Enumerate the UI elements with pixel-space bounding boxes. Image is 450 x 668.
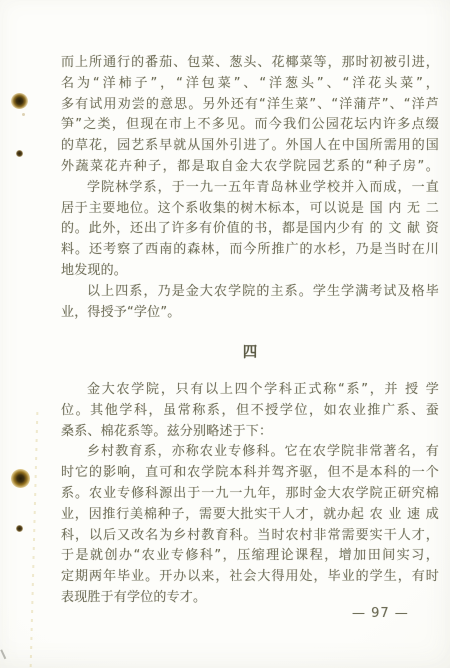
ink-stain-small-bottom	[16, 525, 23, 532]
paragraph-end-line: 桑系、棉花系等。兹分别略述于下：	[61, 422, 439, 443]
paragraph-end-line: 地发现的。	[61, 261, 439, 282]
paragraph-end-line: 业，得授予“学位”。	[61, 303, 439, 324]
text-column-lower: 金大农学院，只有以上四个学科正式称“系”，并 授 学 位。其他学科，虽常称系，但…	[61, 380, 439, 609]
text-line: 业，因推行美棉种子，需要大批实干人才，就办起 农 业 速 成	[61, 505, 439, 526]
book-page: 而上所通行的番茄、包菜、葱头、花椰菜等，那时初被引进， 名为“洋柿子”，“洋包菜…	[0, 0, 450, 668]
text-line: 的草花，园艺系早就从国外引进了。外国人在中国所需用的国	[61, 136, 439, 157]
ink-stain-small-top	[16, 150, 23, 157]
text-line: 时它的影响，直可和农学院本科并驾齐驱，但不是本科的一个	[61, 463, 439, 484]
text-line: 的。此外，还出了许多有价值的书，都是国内少有 的 文 献 资	[61, 219, 439, 240]
paper-speck	[22, 113, 25, 116]
text-line: 名为“洋柿子”，“洋包菜”、“洋葱头”、“洋花头菜”，	[61, 74, 439, 95]
ink-stain-large-bottom	[11, 469, 30, 488]
text-line: 笋”之类，但现在市上不多见。而今我们公园花坛内许多点缀	[61, 115, 439, 136]
section-heading: 四	[61, 341, 439, 362]
paragraph-start-line: 乡村教育系，亦称农业专修科。它在农学院非常著名，有	[61, 442, 439, 463]
text-line: 料。还考察了西南的森林，而今所推广的水杉，乃是当时在川	[61, 240, 439, 261]
text-line: 外蔬菜花卉种子，都是取自金大农学院园艺系的“种子房”。	[61, 157, 439, 178]
text-line: 多有试用劝尝的意思。另外还有“洋生菜”、“洋蒲芹”、“洋芦	[61, 95, 439, 116]
corner-mark	[0, 647, 11, 659]
text-line: 居于主要地位。这个系收集的树木标本，可以说是 国 内 无 二	[61, 199, 439, 220]
text-line: 而上所通行的番茄、包菜、葱头、花椰菜等，那时初被引进，	[61, 53, 439, 74]
paragraph-start-line: 以上四系，乃是金大农学院的主系。学生学满考试及格毕	[61, 282, 439, 303]
text-line: 定期两年毕业。开办以来，社会大得用处，毕业的学生，有时	[61, 567, 439, 588]
text-line: 于是就创办“农业专修科”，压缩理论课程，增加田间实习，	[61, 546, 439, 567]
paragraph-start-line: 金大农学院，只有以上四个学科正式称“系”，并 授 学	[61, 380, 439, 401]
text-column-upper: 而上所通行的番茄、包菜、葱头、花椰菜等，那时初被引进， 名为“洋柿子”，“洋包菜…	[61, 53, 439, 323]
ink-stain-large-top	[11, 93, 28, 109]
page-number: — 97 —	[352, 606, 409, 621]
text-line: 系。农业专修科源出于一九一九年，那时金大农学院正研究棉	[61, 484, 439, 505]
paragraph-start-line: 学院林学系，于一九一五年青岛林业学校并入而成，一直	[61, 178, 439, 199]
text-line: 科，以后又改名为乡村教育科。当时农村非常需要实干人才，	[61, 526, 439, 547]
paper-crease-line	[30, 412, 39, 668]
text-line: 位。其他学科，虽常称系，但不授学位，如农业推广系、蚕	[61, 401, 439, 422]
